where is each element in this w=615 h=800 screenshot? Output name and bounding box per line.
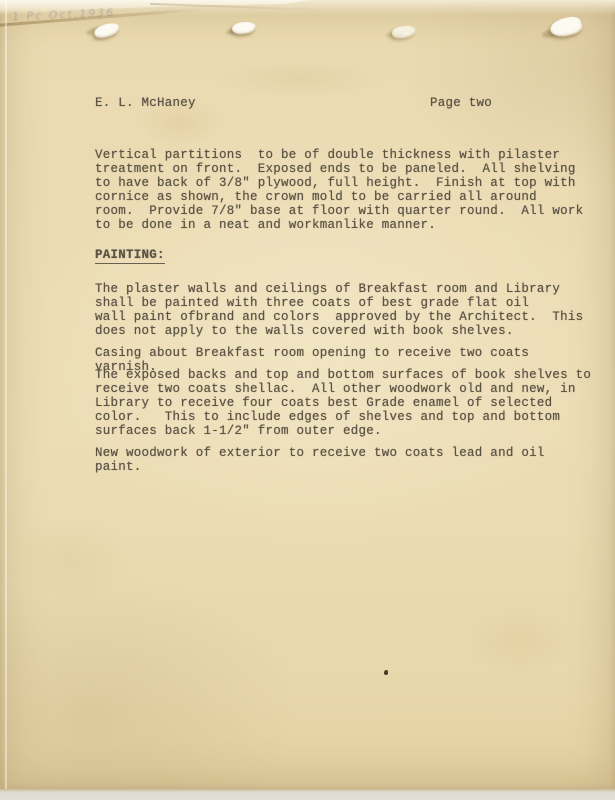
- scan-bottom-edge: [0, 789, 615, 800]
- left-scan-edge: [5, 0, 7, 789]
- document-page: 1 Pc Oct.1936 E. L. McHaney Page two Ver…: [0, 0, 615, 789]
- section-heading-painting: PAINTING:: [95, 248, 165, 264]
- staple-hole-tear: [231, 20, 256, 35]
- staple-hole-tear: [93, 21, 121, 39]
- page-number: Page two: [430, 96, 492, 110]
- header-name: E. L. McHaney: [95, 96, 196, 110]
- paragraph-exterior-woodwork: New woodwork of exterior to receive two …: [95, 446, 595, 474]
- paragraph-plaster-walls: The plaster walls and ceilings of Breakf…: [95, 282, 595, 338]
- paragraph-book-shelves: The exposed backs and top and bottom sur…: [95, 368, 595, 438]
- paragraph-partitions: Vertical partitions to be of double thic…: [95, 148, 595, 232]
- ink-speck: [384, 670, 388, 675]
- staple-hole-tear: [391, 25, 416, 39]
- document-header: E. L. McHaney Page two: [95, 96, 595, 110]
